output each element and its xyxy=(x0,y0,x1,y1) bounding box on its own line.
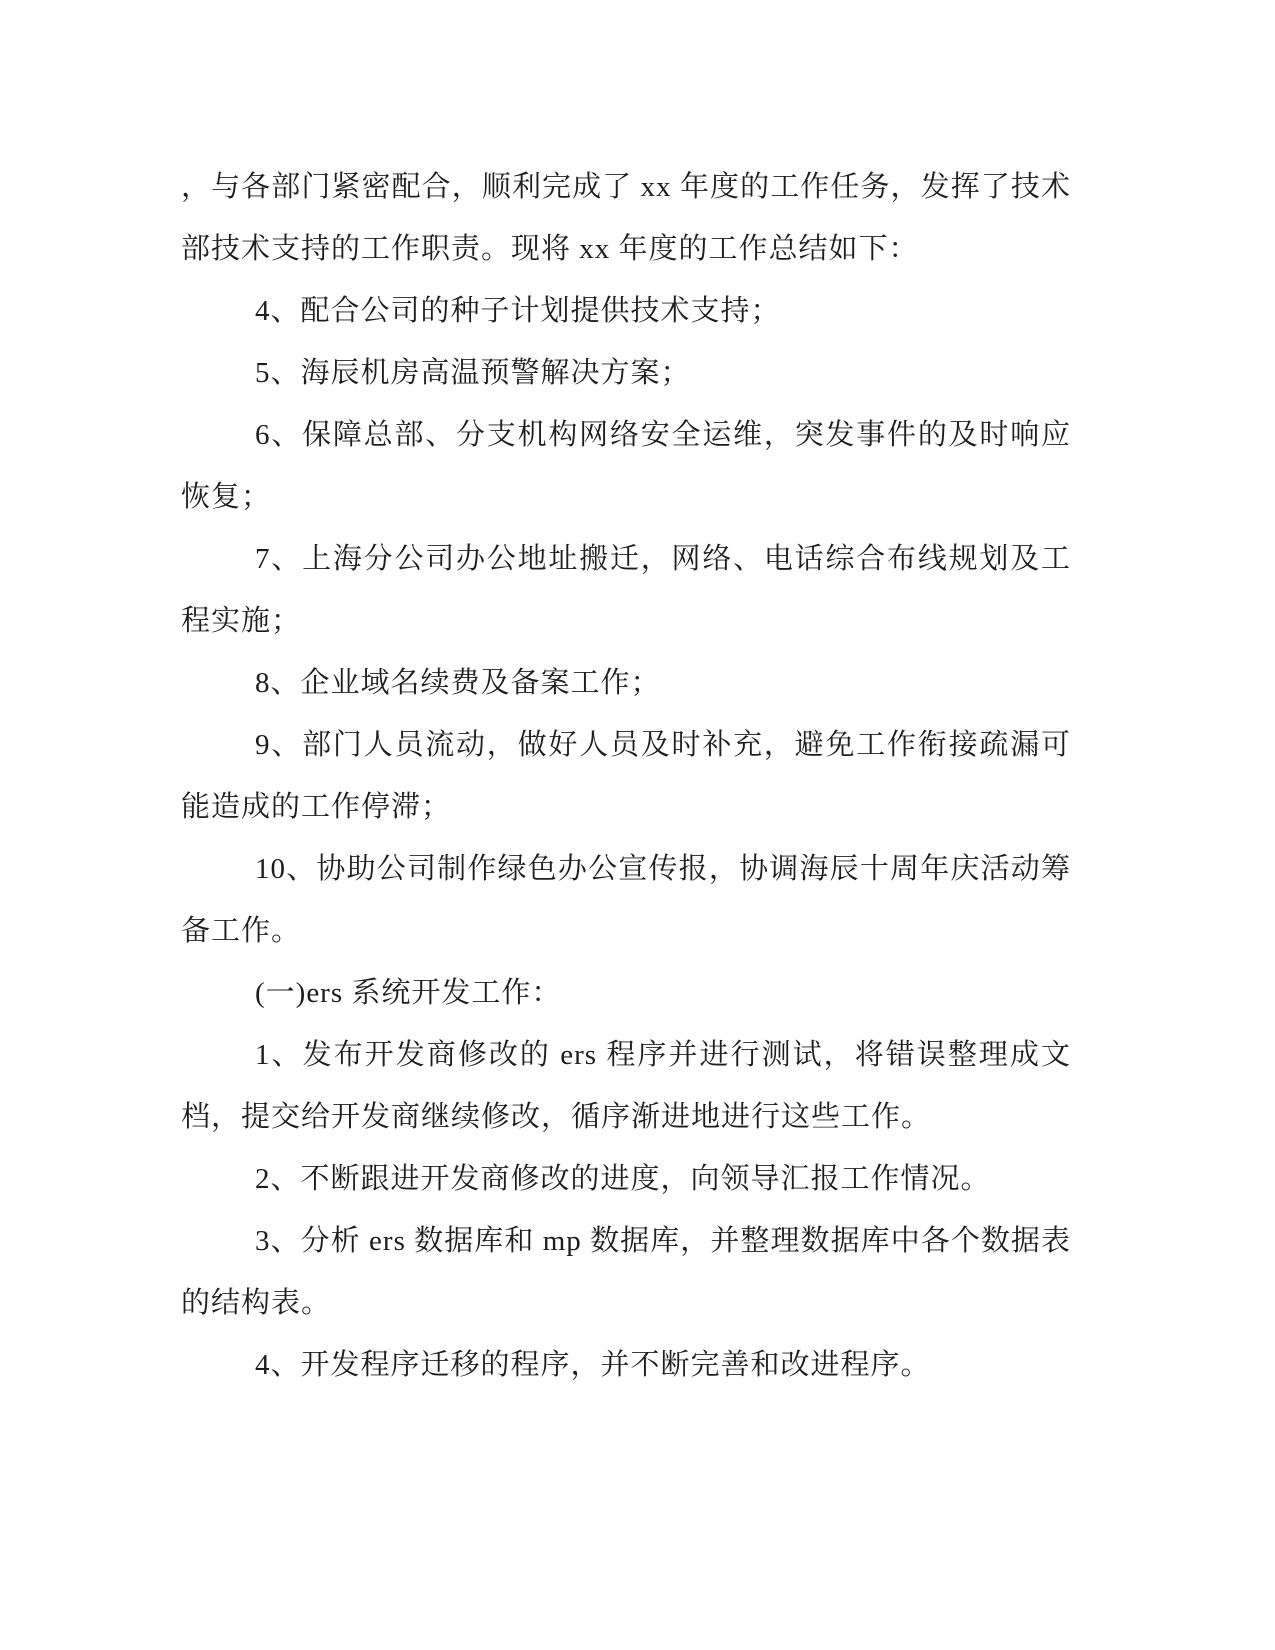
document-paragraph: 1、发布开发商修改的 ers 程序并进行测试，将错误整理成文档，提交给开发商继续… xyxy=(181,1024,1071,1148)
document-paragraph: 4、开发程序迁移的程序，并不断完善和改进程序。 xyxy=(181,1334,1071,1396)
document-paragraph: 7、上海分公司办公地址搬迁，网络、电话综合布线规划及工程实施； xyxy=(181,528,1071,652)
document-paragraph: 9、部门人员流动，做好人员及时补充，避免工作衔接疏漏可能造成的工作停滞； xyxy=(181,714,1071,838)
document-paragraph: ，与各部门紧密配合，顺利完成了 xx 年度的工作任务，发挥了技术部技术支持的工作… xyxy=(181,156,1071,280)
document-page: ，与各部门紧密配合，顺利完成了 xx 年度的工作任务，发挥了技术部技术支持的工作… xyxy=(0,0,1275,1650)
document-paragraph: (一)ers 系统开发工作： xyxy=(181,962,1071,1024)
document-content: ，与各部门紧密配合，顺利完成了 xx 年度的工作任务，发挥了技术部技术支持的工作… xyxy=(181,156,1071,1396)
document-paragraph: 3、分析 ers 数据库和 mp 数据库，并整理数据库中各个数据表的结构表。 xyxy=(181,1210,1071,1334)
document-paragraph: 10、协助公司制作绿色办公宣传报，协调海辰十周年庆活动筹备工作。 xyxy=(181,838,1071,962)
document-paragraph: 8、企业域名续费及备案工作； xyxy=(181,652,1071,714)
document-paragraph: 4、配合公司的种子计划提供技术支持； xyxy=(181,280,1071,342)
document-paragraph: 2、不断跟进开发商修改的进度，向领导汇报工作情况。 xyxy=(181,1148,1071,1210)
document-paragraph: 6、保障总部、分支机构网络安全运维，突发事件的及时响应恢复； xyxy=(181,404,1071,528)
document-paragraph: 5、海辰机房高温预警解决方案； xyxy=(181,342,1071,404)
